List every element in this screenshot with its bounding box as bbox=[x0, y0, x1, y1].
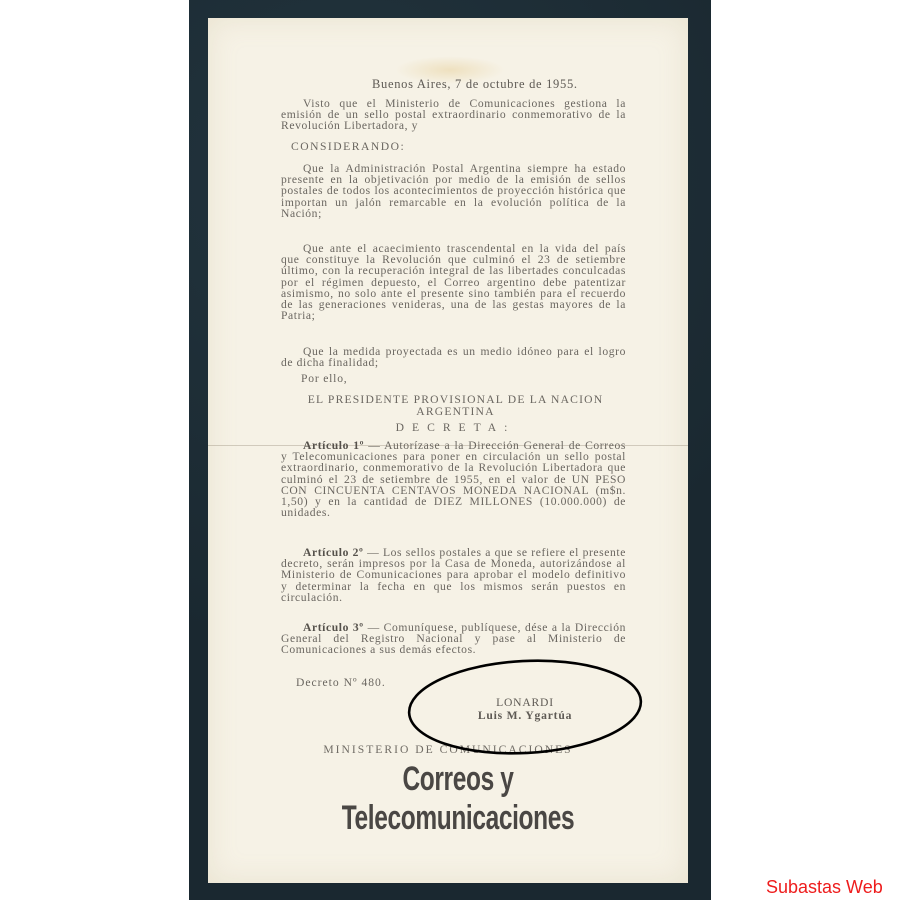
president-heading: EL PRESIDENTE PROVISIONAL DE LA NACION A… bbox=[283, 394, 628, 417]
issuer-title: Correos y Telecomunicaciones bbox=[314, 760, 602, 838]
signature-block: LONARDI Luis M. Ygartúa bbox=[445, 696, 605, 722]
por-ello: Por ello, bbox=[301, 372, 348, 385]
article-2: Artículo 2º — Los sellos postales a que … bbox=[281, 547, 626, 603]
watermark: Subastas Web bbox=[766, 877, 883, 898]
article-1-block: Artículo 1º — Autorízase a la Dirección … bbox=[281, 440, 626, 518]
considerando-1-block: Que la Administración Postal Argentina s… bbox=[281, 163, 626, 219]
decree-number: Decreto Nº 480. bbox=[296, 676, 386, 689]
ministry-heading: MINISTERIO DE COMUNICACIONES bbox=[283, 743, 613, 756]
president-heading-line2: ARGENTINA bbox=[283, 406, 628, 418]
president-heading-line1: EL PRESIDENTE PROVISIONAL DE LA NACION bbox=[283, 394, 628, 406]
article-1: Artículo 1º — Autorízase a la Dirección … bbox=[281, 440, 626, 518]
article-3: Artículo 3º — Comuníquese, publíquese, d… bbox=[281, 622, 626, 656]
considerando-heading: CONSIDERANDO: bbox=[291, 140, 405, 153]
article-3-block: Artículo 3º — Comuníquese, publíquese, d… bbox=[281, 622, 626, 656]
article-2-block: Artículo 2º — Los sellos postales a que … bbox=[281, 547, 626, 603]
signature-lonardi: LONARDI bbox=[445, 696, 605, 709]
preamble-block: Visto que el Ministerio de Comunicacione… bbox=[281, 98, 626, 132]
considerando-1: Que la Administración Postal Argentina s… bbox=[281, 163, 626, 219]
signature-ygartua: Luis M. Ygartúa bbox=[445, 709, 605, 722]
considerando-2: Que ante el acaecimiento trascendental e… bbox=[281, 243, 626, 321]
preamble: Visto que el Ministerio de Comunicacione… bbox=[281, 98, 626, 132]
considerando-3: Que la medida proyectada es un medio idó… bbox=[281, 346, 626, 368]
considerando-2-block: Que ante el acaecimiento trascendental e… bbox=[281, 243, 626, 321]
article-1-text: — Autorízase a la Dirección General de C… bbox=[281, 439, 626, 519]
considerando-3-block: Que la medida proyectada es un medio idó… bbox=[281, 346, 626, 368]
date-line: Buenos Aires, 7 de octubre de 1955. bbox=[372, 77, 578, 92]
decreta-heading: DECRETA: bbox=[283, 421, 628, 434]
